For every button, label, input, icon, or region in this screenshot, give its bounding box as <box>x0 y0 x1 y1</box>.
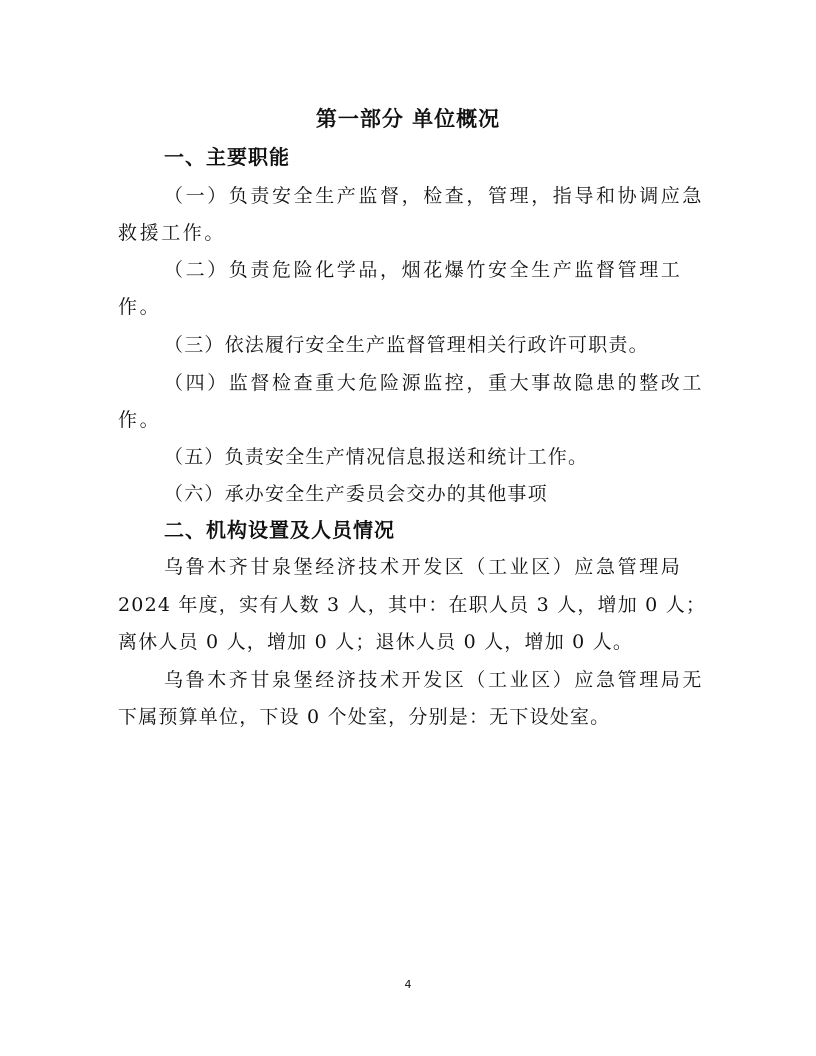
paragraph-line: （四）监督检查重大危险源监控，重大事故隐患的整改工 <box>164 368 744 398</box>
document-page: 第一部分 单位概况 一、主要职能 （一）负责安全生产监督，检查，管理，指导和协调… <box>0 0 816 1056</box>
paragraph-line: （三）依法履行安全生产监督管理相关行政许可职责。 <box>164 330 744 360</box>
section-heading-main-functions: 一、主要职能 <box>164 142 290 172</box>
paragraph-line: 离休人员 0 人，增加 0 人；退休人员 0 人，增加 0 人。 <box>118 627 698 657</box>
paragraph-line: 作。 <box>118 405 698 435</box>
paragraph-line: （五）负责安全生产情况信息报送和统计工作。 <box>164 442 744 472</box>
paragraph-line: 2024 年度，实有人数 3 人，其中：在职人员 3 人，增加 0 人； <box>118 590 698 620</box>
page-number: 4 <box>0 978 816 991</box>
page-title: 第一部分 单位概况 <box>0 104 816 134</box>
paragraph-line: （六）承办安全生产委员会交办的其他事项 <box>164 479 744 509</box>
paragraph-line: 下属预算单位，下设 0 个处室，分别是：无下设处室。 <box>118 702 698 732</box>
paragraph-line: 乌鲁木齐甘泉堡经济技术开发区（工业区）应急管理局无 <box>164 665 744 695</box>
paragraph-line: 救援工作。 <box>118 218 698 248</box>
paragraph-line: （一）负责安全生产监督，检查，管理，指导和协调应急 <box>164 181 744 211</box>
paragraph-line: （二）负责危险化学品，烟花爆竹安全生产监督管理工 <box>164 255 744 285</box>
section-heading-organization: 二、机构设置及人员情况 <box>164 515 395 545</box>
paragraph-line: 作。 <box>118 292 698 322</box>
paragraph-line: 乌鲁木齐甘泉堡经济技术开发区（工业区）应急管理局 <box>164 552 744 582</box>
